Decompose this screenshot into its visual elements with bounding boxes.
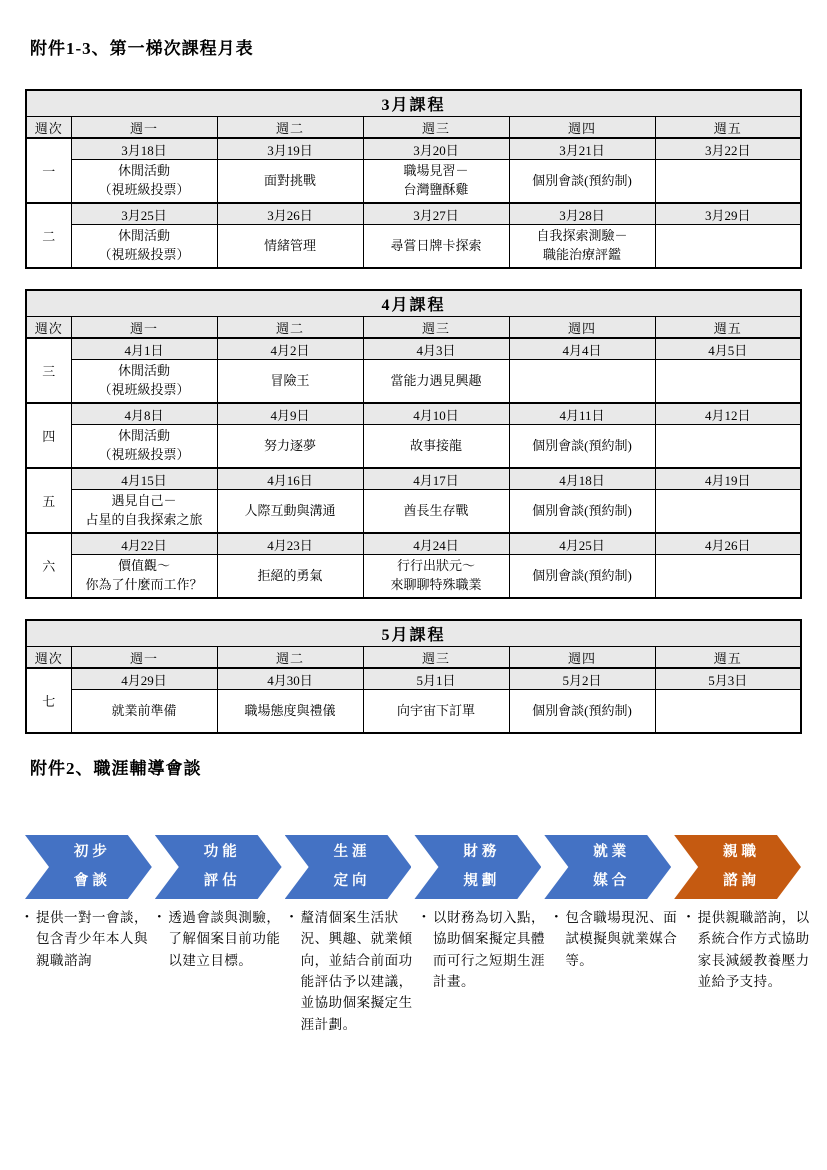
empty-diagonal-cell — [655, 555, 801, 599]
date-cell: 4月4日 — [509, 338, 655, 360]
date-cell: 4月1日 — [71, 338, 217, 360]
date-cell: 3月29日 — [655, 203, 801, 225]
date-row: 六4月22日4月23日4月24日4月25日4月26日 — [26, 533, 801, 555]
month-title-row: 3月課程 — [26, 90, 801, 117]
activity-cell: 休閒活動 （視班級投票） — [71, 160, 217, 204]
column-header: 週五 — [655, 647, 801, 669]
column-header: 週四 — [509, 317, 655, 339]
activity-cell: 休閒活動 （視班級投票） — [71, 360, 217, 404]
date-cell: 4月3日 — [363, 338, 509, 360]
empty-diagonal-cell — [655, 360, 801, 404]
activity-row: 遇見自己－ 占星的自我探索之旅人際互動與溝通酋長生存戰個別會談(預約制) — [26, 490, 801, 534]
career-flow-chevrons: 初步 會談功能 評估生涯 定向財務 規劃就業 媒合親職 諮詢 — [25, 835, 801, 899]
date-cell: 4月17日 — [363, 468, 509, 490]
date-cell: 3月22日 — [655, 138, 801, 160]
activity-cell: 冒險王 — [217, 360, 363, 404]
flow-step-label: 功能 評估 — [196, 838, 241, 896]
bullet-icon: • — [687, 907, 698, 1035]
activity-cell: 職場見習－ 台灣鹽酥雞 — [363, 160, 509, 204]
empty-diagonal-cell — [655, 160, 801, 204]
flow-step-description-1: •提供一對一會談，包含青少年本人與親職諮詢 — [25, 907, 153, 1035]
column-header: 週四 — [509, 117, 655, 139]
column-header: 週二 — [217, 117, 363, 139]
column-header: 週三 — [363, 317, 509, 339]
date-row: 一3月18日3月19日3月20日3月21日3月22日 — [26, 138, 801, 160]
activity-row: 休閒活動 （視班級投票）努力逐夢故事接龍個別會談(預約制) — [26, 425, 801, 469]
empty-diagonal-cell — [655, 425, 801, 469]
description-text: 提供親職諮詢，以系統合作方式協助家長減緩教養壓力並給予支持。 — [698, 907, 815, 1035]
date-row: 三4月1日4月2日4月3日4月4日4月5日 — [26, 338, 801, 360]
flow-step-label: 財務 規劃 — [455, 838, 500, 896]
activity-cell: 故事接龍 — [363, 425, 509, 469]
week-number: 二 — [26, 203, 71, 268]
weekday-header-row: 週次週一週二週三週四週五 — [26, 317, 801, 339]
activity-cell: 當能力遇見興趣 — [363, 360, 509, 404]
date-cell: 4月26日 — [655, 533, 801, 555]
activity-cell: 人際互動與溝通 — [217, 490, 363, 534]
activity-row: 休閒活動 （視班級投票）面對挑戰職場見習－ 台灣鹽酥雞個別會談(預約制) — [26, 160, 801, 204]
empty-diagonal-cell — [655, 490, 801, 534]
column-header: 週五 — [655, 117, 801, 139]
week-number: 五 — [26, 468, 71, 533]
bullet-icon: • — [554, 907, 565, 1035]
description-text: 透過會談與測驗，了解個案目前功能以建立目標。 — [168, 907, 285, 1035]
flow-step-description-3: •釐清個案生活狀況、興趣、就業傾向，並結合前面功能評估予以建議，並協助個案擬定生… — [290, 907, 418, 1035]
date-cell: 4月9日 — [217, 403, 363, 425]
month-title: 5月課程 — [26, 620, 801, 647]
column-header: 週二 — [217, 317, 363, 339]
flow-step-description-5: •包含職場現況、面試模擬與就業媒合等。 — [554, 907, 682, 1035]
activity-cell: 就業前準備 — [71, 690, 217, 734]
attachment-1-title: 附件1-3、第一梯次課程月表 — [30, 34, 801, 59]
flow-step-6: 親職 諮詢 — [674, 835, 801, 899]
date-row: 二3月25日3月26日3月27日3月28日3月29日 — [26, 203, 801, 225]
weekday-header-row: 週次週一週二週三週四週五 — [26, 647, 801, 669]
activity-cell: 遇見自己－ 占星的自我探索之旅 — [71, 490, 217, 534]
flow-step-description-6: •提供親職諮詢，以系統合作方式協助家長減緩教養壓力並給予支持。 — [687, 907, 815, 1035]
activity-cell: 面對挑戰 — [217, 160, 363, 204]
activity-cell: 行行出狀元～ 來聊聊特殊職業 — [363, 555, 509, 599]
attachment-2-title: 附件2、職涯輔導會談 — [30, 754, 801, 779]
date-cell: 4月30日 — [217, 668, 363, 690]
date-cell: 3月25日 — [71, 203, 217, 225]
date-cell: 3月28日 — [509, 203, 655, 225]
date-cell: 3月26日 — [217, 203, 363, 225]
date-row: 四4月8日4月9日4月10日4月11日4月12日 — [26, 403, 801, 425]
date-cell: 4月12日 — [655, 403, 801, 425]
column-header: 週二 — [217, 647, 363, 669]
column-header: 週次 — [26, 317, 71, 339]
column-header: 週三 — [363, 117, 509, 139]
activity-cell: 個別會談(預約制) — [509, 690, 655, 734]
date-cell: 3月21日 — [509, 138, 655, 160]
month-title-row: 5月課程 — [26, 620, 801, 647]
description-text: 包含職場現況、面試模擬與就業媒合等。 — [565, 907, 682, 1035]
weekday-header-row: 週次週一週二週三週四週五 — [26, 117, 801, 139]
date-cell: 4月10日 — [363, 403, 509, 425]
activity-cell: 拒絕的勇氣 — [217, 555, 363, 599]
flow-step-description-2: •透過會談與測驗，了解個案目前功能以建立目標。 — [157, 907, 285, 1035]
activity-cell: 情緒管理 — [217, 225, 363, 269]
date-cell: 4月8日 — [71, 403, 217, 425]
activity-cell: 尋嘗日牌卡探索 — [363, 225, 509, 269]
activity-cell: 個別會談(預約制) — [509, 490, 655, 534]
flow-step-5: 就業 媒合 — [544, 835, 671, 899]
column-header: 週五 — [655, 317, 801, 339]
date-cell: 3月27日 — [363, 203, 509, 225]
date-cell: 3月20日 — [363, 138, 509, 160]
date-cell: 3月19日 — [217, 138, 363, 160]
column-header: 週四 — [509, 647, 655, 669]
empty-diagonal-cell — [655, 225, 801, 269]
date-cell: 4月11日 — [509, 403, 655, 425]
week-number: 六 — [26, 533, 71, 598]
flow-step-2: 功能 評估 — [155, 835, 282, 899]
week-number: 四 — [26, 403, 71, 468]
bullet-icon: • — [25, 907, 36, 1035]
activity-cell: 休閒活動 （視班級投票） — [71, 225, 217, 269]
column-header: 週一 — [71, 317, 217, 339]
column-header: 週次 — [26, 647, 71, 669]
activity-cell: 職場態度與禮儀 — [217, 690, 363, 734]
activity-cell: 個別會談(預約制) — [509, 160, 655, 204]
description-text: 提供一對一會談，包含青少年本人與親職諮詢 — [36, 907, 153, 1035]
column-header: 週次 — [26, 117, 71, 139]
flow-step-label: 親職 諮詢 — [715, 838, 760, 896]
flow-step-description-4: •以財務為切入點，協助個案擬定具體而可行之短期生涯計畫。 — [422, 907, 550, 1035]
date-cell: 4月22日 — [71, 533, 217, 555]
date-cell: 4月19日 — [655, 468, 801, 490]
empty-diagonal-cell — [655, 690, 801, 734]
course-table-march: 3月課程週次週一週二週三週四週五一3月18日3月19日3月20日3月21日3月2… — [25, 89, 802, 269]
bullet-icon: • — [290, 907, 301, 1035]
date-cell: 5月3日 — [655, 668, 801, 690]
activity-row: 價值觀～ 你為了什麼而工作？拒絕的勇氣行行出狀元～ 來聊聊特殊職業個別會談(預約… — [26, 555, 801, 599]
flow-step-3: 生涯 定向 — [285, 835, 412, 899]
activity-cell: 向宇宙下訂單 — [363, 690, 509, 734]
week-number: 一 — [26, 138, 71, 203]
activity-row: 就業前準備職場態度與禮儀向宇宙下訂單個別會談(預約制) — [26, 690, 801, 734]
activity-cell: 休閒活動 （視班級投票） — [71, 425, 217, 469]
date-cell: 4月24日 — [363, 533, 509, 555]
description-text: 釐清個案生活狀況、興趣、就業傾向，並結合前面功能評估予以建議，並協助個案擬定生涯… — [301, 907, 418, 1035]
empty-diagonal-cell — [509, 360, 655, 404]
date-cell: 4月18日 — [509, 468, 655, 490]
date-cell: 4月5日 — [655, 338, 801, 360]
date-cell: 4月16日 — [217, 468, 363, 490]
date-row: 七4月29日4月30日5月1日5月2日5月3日 — [26, 668, 801, 690]
date-cell: 3月18日 — [71, 138, 217, 160]
column-header: 週三 — [363, 647, 509, 669]
description-text: 以財務為切入點，協助個案擬定具體而可行之短期生涯計畫。 — [433, 907, 550, 1035]
month-title-row: 4月課程 — [26, 290, 801, 317]
flow-step-label: 生涯 定向 — [326, 838, 371, 896]
week-number: 三 — [26, 338, 71, 403]
activity-row: 休閒活動 （視班級投票）冒險王當能力遇見興趣 — [26, 360, 801, 404]
activity-cell: 個別會談(預約制) — [509, 425, 655, 469]
flow-step-label: 初步 會談 — [66, 838, 111, 896]
flow-step-4: 財務 規劃 — [414, 835, 541, 899]
activity-cell: 自我探索測驗－ 職能治療評鑑 — [509, 225, 655, 269]
column-header: 週一 — [71, 647, 217, 669]
activity-cell: 價值觀～ 你為了什麼而工作？ — [71, 555, 217, 599]
date-cell: 5月1日 — [363, 668, 509, 690]
activity-row: 休閒活動 （視班級投票）情緒管理尋嘗日牌卡探索自我探索測驗－ 職能治療評鑑 — [26, 225, 801, 269]
month-title: 3月課程 — [26, 90, 801, 117]
course-table-april: 4月課程週次週一週二週三週四週五三4月1日4月2日4月3日4月4日4月5日休閒活… — [25, 289, 802, 599]
flow-step-1: 初步 會談 — [25, 835, 152, 899]
date-cell: 4月15日 — [71, 468, 217, 490]
date-cell: 4月2日 — [217, 338, 363, 360]
course-tables-section: 3月課程週次週一週二週三週四週五一3月18日3月19日3月20日3月21日3月2… — [25, 89, 801, 734]
bullet-icon: • — [157, 907, 168, 1035]
course-table-may: 5月課程週次週一週二週三週四週五七4月29日4月30日5月1日5月2日5月3日就… — [25, 619, 802, 734]
activity-cell: 努力逐夢 — [217, 425, 363, 469]
date-cell: 4月29日 — [71, 668, 217, 690]
bullet-icon: • — [422, 907, 433, 1035]
activity-cell: 酋長生存戰 — [363, 490, 509, 534]
date-cell: 5月2日 — [509, 668, 655, 690]
column-header: 週一 — [71, 117, 217, 139]
activity-cell: 個別會談(預約制) — [509, 555, 655, 599]
career-flow-descriptions: •提供一對一會談，包含青少年本人與親職諮詢•透過會談與測驗，了解個案目前功能以建… — [25, 907, 815, 1035]
date-row: 五4月15日4月16日4月17日4月18日4月19日 — [26, 468, 801, 490]
date-cell: 4月23日 — [217, 533, 363, 555]
month-title: 4月課程 — [26, 290, 801, 317]
week-number: 七 — [26, 668, 71, 733]
document-page: 附件1-3、第一梯次課程月表 3月課程週次週一週二週三週四週五一3月18日3月1… — [0, 0, 827, 1170]
flow-step-label: 就業 媒合 — [585, 838, 630, 896]
date-cell: 4月25日 — [509, 533, 655, 555]
